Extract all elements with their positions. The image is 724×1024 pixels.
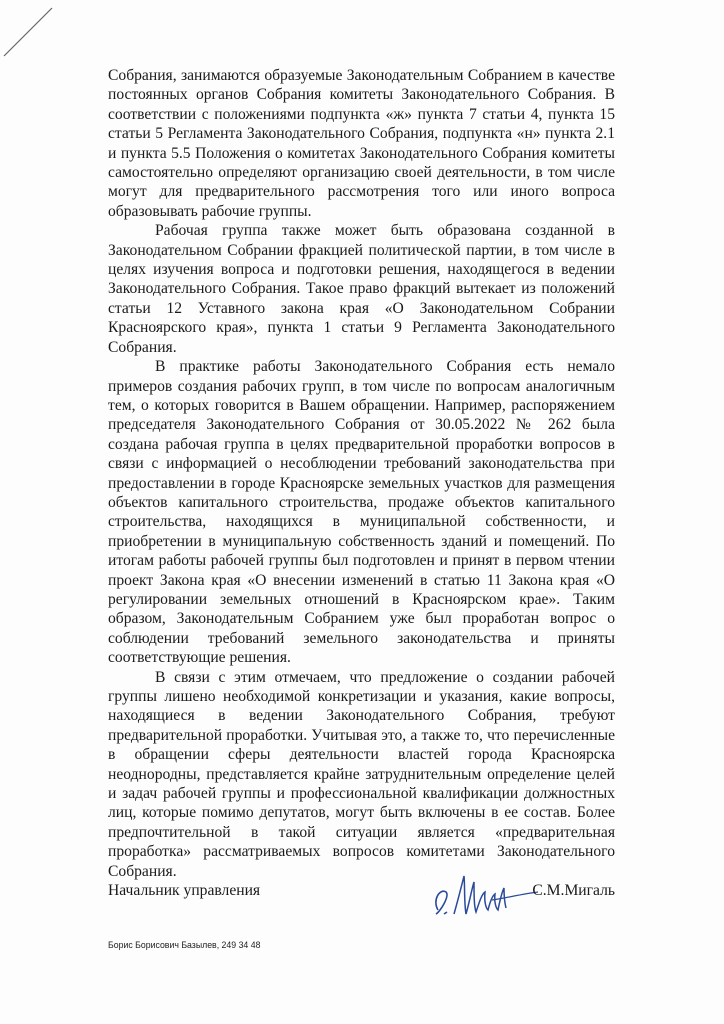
- executor-contact: Борис Борисович Базылев, 249 34 48: [108, 940, 260, 951]
- signer-position: Начальник управления: [108, 882, 260, 900]
- letter-body: Собрания, занимаются образуемые Законода…: [108, 66, 615, 881]
- page-fold-mark: [0, 0, 60, 60]
- signature-block: Начальник управления С.М.Мигаль: [108, 882, 615, 908]
- document-page: Собрания, занимаются образуемые Законода…: [0, 0, 724, 1024]
- signer-name: С.М.Мигаль: [532, 882, 615, 900]
- paragraph-factions: Рабочая группа также может быть образова…: [108, 221, 615, 357]
- paragraph-practice: В практике работы Законодательного Собра…: [108, 357, 615, 668]
- paragraph-committees: Собрания, занимаются образуемые Законода…: [108, 66, 615, 221]
- paragraph-conclusion: В связи с этим отмечаем, что предложение…: [108, 668, 615, 881]
- handwritten-signature: [430, 870, 540, 920]
